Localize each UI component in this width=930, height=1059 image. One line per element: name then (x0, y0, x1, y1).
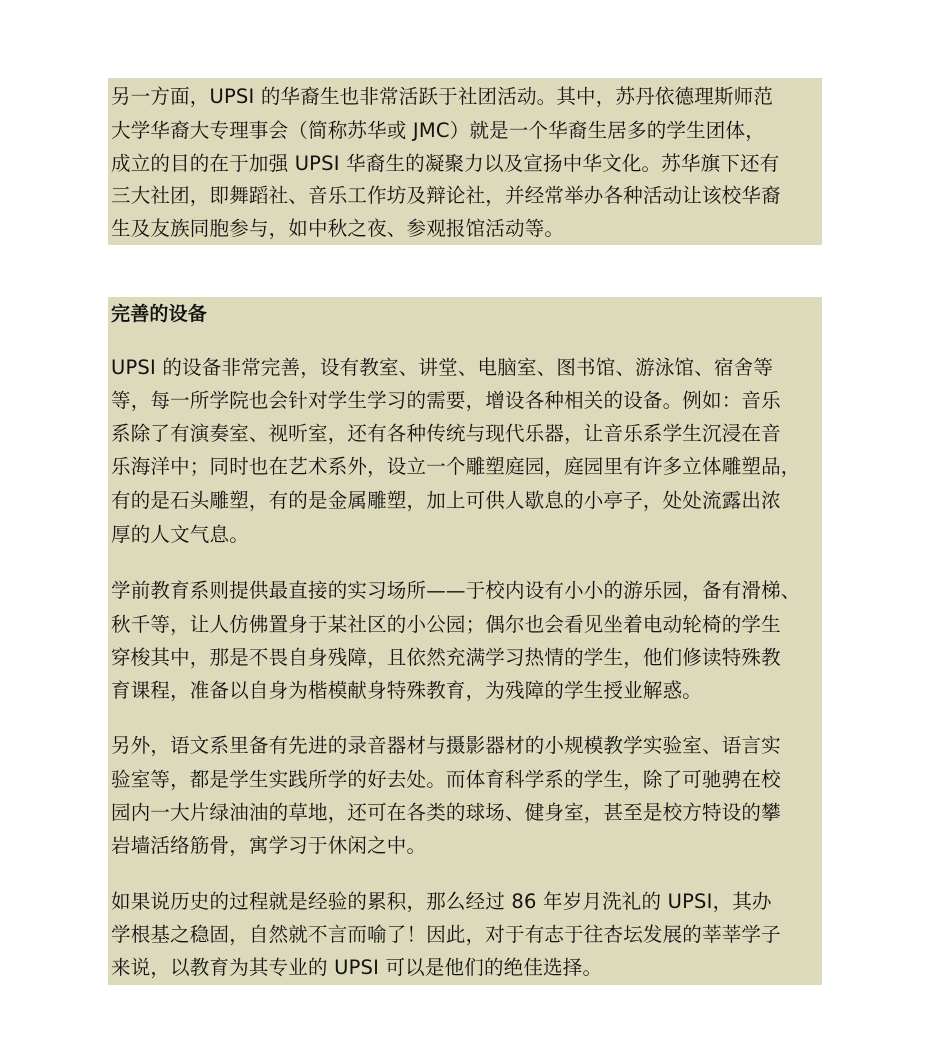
text-line: UPSI 的设备非常完善，设有教室、讲堂、电脑室、图书馆、游泳馆、宿舍等 (111, 351, 773, 385)
text-line: 岩墙活络筋骨，寓学习于休闲之中。 (111, 829, 426, 863)
text-line: 如果说历史的过程就是经验的累积，那么经过 86 年岁月洗礼的 UPSI，其办 (111, 885, 772, 919)
text-block-facilities: 完善的设备 UPSI 的设备非常完善，设有教室、讲堂、电脑室、图书馆、游泳馆、宿… (108, 297, 822, 985)
text-line: 学前教育系则提供最直接的实习场所——于校内设有小小的游乐园，备有滑梯、 (111, 574, 801, 608)
text-line: 三大社团，即舞蹈社、音乐工作坊及辩论社，并经常举办各种活动让该校华裔 (111, 179, 781, 213)
text-line: 育课程，准备以自身为楷模献身特殊教育，为残障的学生授业解惑。 (111, 674, 702, 708)
text-line: 园内一大片绿油油的草地，还可在各类的球场、健身室，甚至是校方特设的攀 (111, 796, 781, 830)
text-line: 有的是石头雕塑，有的是金属雕塑，加上可供人歇息的小亭子，处处流露出浓 (111, 484, 781, 518)
text-line: 穿梭其中，那是不畏自身残障，且依然充满学习热情的学生，他们修读特殊教 (111, 641, 781, 675)
text-line: 学根基之稳固，自然就不言而喻了！因此，对于有志于往杏坛发展的莘莘学子 (111, 918, 781, 952)
text-line: 另一方面，UPSI 的华裔生也非常活跃于社团活动。其中，苏丹依德理斯师范 (111, 80, 773, 114)
text-line: 大学华裔大专理事会（简称苏华或 JMC）就是一个华裔生居多的学生团体， (111, 114, 765, 148)
text-line: 验室等，都是学生实践所学的好去处。而体育科学系的学生，除了可驰骋在校 (111, 763, 781, 797)
text-line: 成立的目的在于加强 UPSI 华裔生的凝聚力以及宣扬中华文化。苏华旗下还有 (111, 147, 779, 181)
text-line: 系除了有演奏室、视听室，还有各种传统与现代乐器，让音乐系学生沉浸在音 (111, 417, 781, 451)
text-line: 来说，以教育为其专业的 UPSI 可以是他们的绝佳选择。 (111, 951, 602, 985)
text-block-student-societies: 另一方面，UPSI 的华裔生也非常活跃于社团活动。其中，苏丹依德理斯师范 大学华… (108, 78, 822, 245)
text-line: 生及友族同胞参与，如中秋之夜、参观报馆活动等。 (111, 212, 564, 246)
text-line: 等，每一所学院也会针对学生学习的需要，增设各种相关的设备。例如：音乐 (111, 384, 781, 418)
text-line: 秋千等，让人仿佛置身于某社区的小公园；偶尔也会看见坐着电动轮椅的学生 (111, 608, 781, 642)
section-heading: 完善的设备 (111, 297, 207, 331)
text-line: 厚的人文气息。 (111, 518, 249, 552)
text-line: 另外，语文系里备有先进的录音器材与摄影器材的小规模教学实验室、语言实 (111, 729, 781, 763)
text-line: 乐海洋中；同时也在艺术系外，设立一个雕塑庭园，庭园里有许多立体雕塑品， (111, 450, 801, 484)
